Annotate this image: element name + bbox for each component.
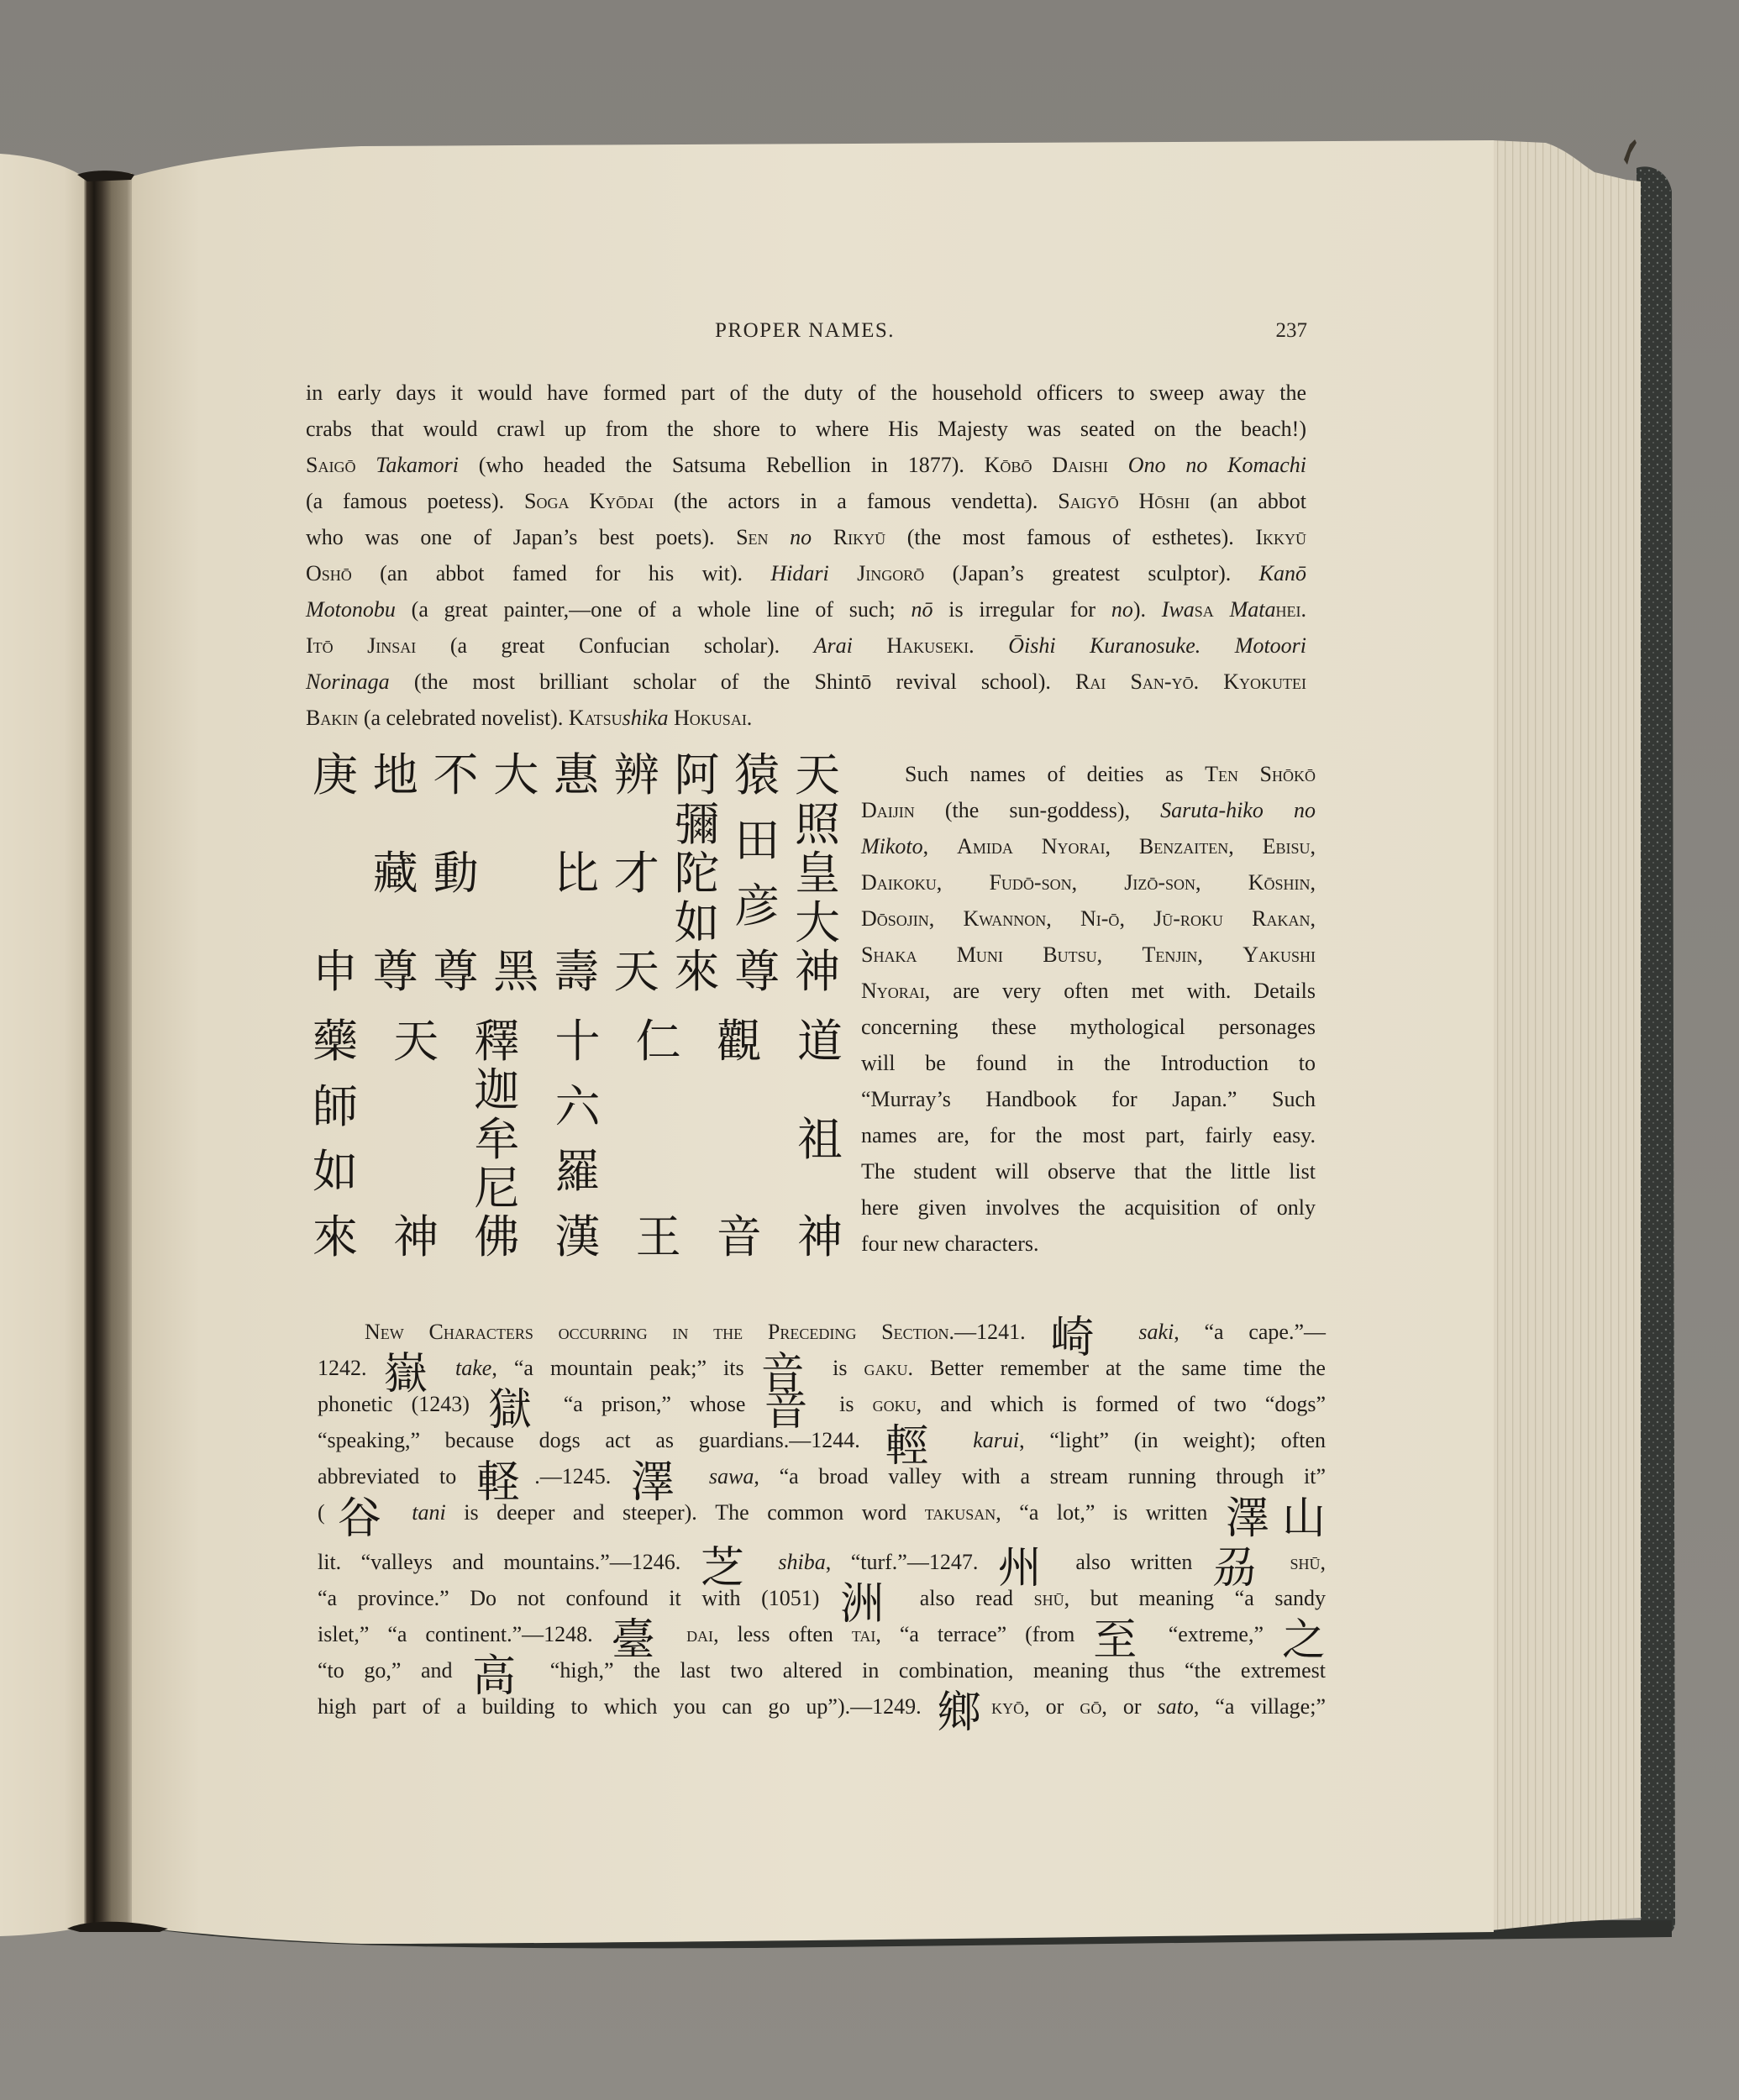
kanji-column: 猿田彦尊 (733, 752, 780, 995)
small-caps-text: Sen (736, 525, 768, 549)
text-run (394, 1500, 412, 1525)
kanji-char: 藥 (312, 1018, 359, 1065)
text-run: four new characters. (861, 1231, 1039, 1256)
kanji-column: 大黑 (492, 752, 539, 995)
kanji-char: 大 (794, 900, 841, 947)
deities-paragraph: Such names of deities as Ten ShōkōDaijin… (861, 756, 1316, 1262)
small-caps-text: sa (1195, 597, 1214, 622)
text-run: is deeper and steeper). The common word (446, 1500, 925, 1525)
small-caps-text: Soga Kyōdai (524, 489, 654, 513)
small-caps-text: kyō (991, 1694, 1024, 1719)
text-run: who was one of Japan’s best poets). (306, 525, 736, 549)
italic-text: take (455, 1356, 491, 1380)
text-run (1200, 633, 1235, 658)
small-caps-text: Dōsojin (861, 906, 929, 931)
text-run: “a prison,” whose (545, 1392, 764, 1416)
text-run: concerning these mythological personages (861, 1015, 1316, 1039)
kanji-char: 仁 (635, 1018, 682, 1065)
text-run: , or (1024, 1694, 1080, 1719)
page-number: 237 (1252, 316, 1307, 346)
text-run: , “turf.”—1247. (826, 1550, 998, 1574)
italic-text: Mata (1230, 597, 1276, 622)
text-run: (the most brilliant scholar of the Shint… (390, 669, 1075, 694)
text-run: , (923, 834, 957, 858)
small-caps-text: Saigyō Hōshi (1058, 489, 1190, 513)
text-run (812, 525, 833, 549)
kanji-char: 迦 (473, 1067, 520, 1114)
text-run: , “a lot,” is written (996, 1500, 1226, 1525)
kanji-char: 祖 (796, 1116, 843, 1163)
text-line: “to go,” and 高 “high,” the last two alte… (318, 1652, 1326, 1688)
text-run: (the most famous of esthetes). (885, 525, 1255, 549)
italic-text: Motoori (1235, 633, 1306, 658)
text-run: (an abbot (1190, 489, 1306, 513)
small-caps-text: Benzaiten (1139, 834, 1228, 858)
kanji-column: 仁王 (635, 1018, 682, 1261)
text-run: ( (318, 1500, 325, 1525)
kanji-char: 王 (635, 1214, 682, 1261)
small-caps-text: Itō Jinsai (306, 633, 416, 658)
small-caps-text: Ikkyū (1255, 525, 1306, 549)
text-line: names are, for the most part, fairly eas… (861, 1117, 1316, 1153)
small-caps-text: dai (686, 1622, 713, 1646)
kanji-char: 地 (372, 752, 419, 799)
text-run: names are, for the most part, fairly eas… (861, 1123, 1316, 1147)
small-caps-text: Ten Shōkō (1205, 762, 1316, 786)
kanji-char: 佛 (473, 1214, 520, 1261)
text-line: islet,” “a continent.”—1248. 臺 dai, less… (318, 1616, 1326, 1652)
kanji-char: 陀 (674, 850, 721, 897)
text-run: “Murray’s Handbook for Japan.” Such (861, 1087, 1316, 1111)
kanji-char: 彦 (733, 883, 780, 930)
text-run: , and which is formed of two “dogs” (917, 1392, 1326, 1416)
text-run (1199, 669, 1223, 694)
italic-text: Kanō (1259, 561, 1306, 585)
text-run: (the actors in a famous vendetta). (654, 489, 1058, 513)
kanji-column: 天神 (392, 1018, 439, 1261)
text-run: , (929, 906, 964, 931)
text-run: also written (1056, 1550, 1212, 1574)
italic-text: Motonobu (306, 597, 396, 622)
new-characters-section: New Characters occurring in the Precedin… (318, 1314, 1326, 1725)
italic-text: Ōishi Kuranosuke. (1008, 633, 1200, 658)
text-run: , (1311, 834, 1316, 858)
kanji-char: 天 (613, 948, 660, 995)
text-run: “to go,” and (318, 1658, 472, 1683)
small-caps-text: Hakuseki. (886, 633, 974, 658)
italic-text: Iwa (1162, 597, 1195, 622)
text-run (829, 561, 857, 585)
text-line: concerning these mythological personages (861, 1009, 1316, 1045)
kanji-glyph: 谷 (325, 1494, 394, 1544)
text-line: Daikoku, Fudō-son, Jizō-son, Kōshin, (861, 864, 1316, 900)
kanji-column: 觀音 (716, 1018, 763, 1261)
text-run: is (821, 1392, 873, 1416)
kanji-char: 照 (794, 801, 841, 848)
scanned-book-spread: PROPER NAMES. 237 in early days it would… (0, 0, 1739, 2100)
kanji-char: 音 (716, 1214, 763, 1261)
text-run: , (1311, 870, 1316, 895)
italic-text: saki (1138, 1320, 1174, 1344)
text-run: phonetic (1243) (318, 1392, 488, 1416)
text-run: , but meaning “a sandy (1064, 1586, 1326, 1610)
kanji-char: 尊 (433, 948, 480, 995)
small-caps-text: Jizō-son (1124, 870, 1195, 895)
small-caps-text: shū (1290, 1550, 1320, 1574)
text-line: Motonobu (a great painter,—one of a whol… (306, 591, 1306, 627)
italic-text: shiba (778, 1550, 825, 1574)
text-run: islet,” “a continent.”—1248. (318, 1622, 612, 1646)
kanji-char: 如 (312, 1148, 359, 1195)
italic-text: Norinaga (306, 669, 390, 694)
text-run: , (1072, 870, 1125, 895)
text-run (689, 1464, 709, 1488)
text-line: Such names of deities as Ten Shōkō (861, 756, 1316, 792)
text-run: (who headed the Satsuma Rebellion in 187… (459, 453, 985, 477)
italic-text: Saruta-hiko no (1160, 798, 1316, 822)
text-run: , (1046, 906, 1080, 931)
kanji-char: 來 (312, 1214, 359, 1261)
kanji-char: 天 (794, 752, 841, 799)
italic-text: no (790, 525, 812, 549)
text-run: (a great Confucian scholar). (416, 633, 813, 658)
text-run: , “a terrace” (from (875, 1622, 1093, 1646)
small-caps-text: Jingorō (857, 561, 924, 585)
small-caps-text: takusan (925, 1500, 996, 1525)
text-run: .—1245. (534, 1464, 631, 1488)
text-run (948, 1428, 974, 1452)
italic-text: karui (973, 1428, 1019, 1452)
italic-text: Hidari (770, 561, 828, 585)
small-caps-text: Ebisu (1263, 834, 1311, 858)
text-line: Saigō Takamori (who headed the Satsuma R… (306, 447, 1306, 483)
kanji-char: 不 (433, 752, 480, 799)
text-run: . Better remember at the same time the (908, 1356, 1326, 1380)
kanji-glyph: 澤山 (1226, 1494, 1326, 1544)
kanji-char: 比 (553, 850, 600, 897)
text-run: , (1195, 870, 1248, 895)
text-run: crabs that would crawl up from the shore… (306, 417, 1306, 441)
text-run (1214, 597, 1230, 622)
kanji-column: 地藏尊 (372, 752, 419, 995)
kanji-char: 羅 (554, 1148, 601, 1195)
text-line: here given involves the acquisition of o… (861, 1189, 1316, 1226)
text-line: 1242. 嶽 take, “a mountain peak;” its 音 i… (318, 1350, 1326, 1386)
text-line: phonetic (1243) 獄 “a prison,” whose 音 is… (318, 1386, 1326, 1422)
text-run: , (1119, 906, 1153, 931)
text-run: “speaking,” because dogs act as guardian… (318, 1428, 885, 1452)
text-run (1114, 1320, 1139, 1344)
small-caps-text: Fudō-son (989, 870, 1071, 895)
text-line: “speaking,” because dogs act as guardian… (318, 1422, 1326, 1458)
italic-text: sawa (709, 1464, 754, 1488)
kanji-char: 才 (613, 850, 660, 897)
running-head: PROPER NAMES. (694, 316, 916, 346)
text-line: will be found in the Introduction to (861, 1045, 1316, 1081)
text-run: Such names of deities as (905, 762, 1205, 786)
kanji-char: 申 (312, 948, 359, 995)
small-caps-text: New Characters occurring in the Precedin… (365, 1320, 954, 1344)
text-line: Daijin (the sun-goddess), Saruta-hiko no (861, 792, 1316, 828)
kanji-char: 牟 (473, 1116, 520, 1163)
small-caps-text: Nyorai (861, 979, 925, 1003)
text-run: —1241. (954, 1320, 1050, 1344)
kanji-char: 辨 (613, 752, 660, 799)
kanji-char: 尼 (473, 1165, 520, 1212)
text-line: Itō Jinsai (a great Confucian scholar). … (306, 627, 1306, 664)
text-run (853, 633, 887, 658)
text-run (439, 1356, 455, 1380)
kanji-char: 彌 (674, 801, 721, 848)
text-run (1270, 1550, 1290, 1574)
kanji-column: 惠比壽 (553, 752, 600, 995)
kanji-char: 庚 (312, 752, 359, 799)
kanji-char: 道 (796, 1018, 843, 1065)
text-line: New Characters occurring in the Precedin… (318, 1314, 1326, 1350)
text-run: , “a broad valley with a stream running … (754, 1464, 1326, 1488)
small-caps-text: hei. (1275, 597, 1306, 622)
text-line: high part of a building to which you can… (318, 1688, 1326, 1725)
kanji-char: 田 (733, 817, 780, 864)
small-caps-text: Daijin (861, 798, 915, 822)
text-line: Oshō (an abbot famed for his wit). Hidar… (306, 555, 1306, 591)
text-run: , less often (713, 1622, 852, 1646)
text-run: “extreme,” (1150, 1622, 1282, 1646)
kanji-char: 大 (492, 752, 539, 799)
text-line: abbreviated to 軽.—1245. 澤 sawa, “a broad… (318, 1458, 1326, 1494)
text-run (1108, 453, 1128, 477)
text-line: who was one of Japan’s best poets). Sen … (306, 519, 1306, 555)
small-caps-text: Ni-ō (1080, 906, 1119, 931)
small-caps-text: Rai San-yō. (1075, 669, 1199, 694)
text-run (769, 525, 791, 549)
small-caps-text: Amida Nyorai (957, 834, 1105, 858)
small-caps-text: Kyokutei (1223, 669, 1306, 694)
text-run: “a province.” Do not confound it with (1… (318, 1586, 840, 1610)
text-run: is irregular for (933, 597, 1111, 622)
text-run: , (1097, 942, 1143, 967)
kanji-char: 六 (554, 1084, 601, 1131)
text-run: The student will observe that the little… (861, 1159, 1316, 1184)
text-run: , (1311, 906, 1316, 931)
small-caps-text: Hokusai. (674, 706, 752, 730)
text-run: will be found in the Introduction to (861, 1051, 1316, 1075)
text-run: , (1105, 834, 1138, 858)
kanji-char: 惠 (553, 752, 600, 799)
small-caps-text: Yakushi (1243, 942, 1316, 967)
text-line: “Murray’s Handbook for Japan.” Such (861, 1081, 1316, 1117)
italic-text: shika (623, 706, 669, 730)
italic-text: Ono no Komachi (1128, 453, 1306, 477)
kanji-column: 不動尊 (433, 752, 480, 995)
small-caps-text: Daikoku (861, 870, 937, 895)
kanji-char: 如 (674, 900, 721, 947)
small-caps-text: Rikyū (833, 525, 885, 549)
kanji-char: 十 (554, 1018, 601, 1065)
text-run: (a great painter,—one of a whole line of… (396, 597, 912, 622)
kanji-column: 藥師如來 (312, 1018, 359, 1261)
kanji-column: 辨才天 (613, 752, 660, 995)
text-line: (谷 tani is deeper and steeper). The comm… (318, 1494, 1326, 1544)
kanji-char: 神 (794, 948, 841, 995)
small-caps-text: Kwannon (964, 906, 1047, 931)
intro-paragraph: in early days it would have formed part … (306, 375, 1306, 736)
kanji-char: 觀 (716, 1018, 763, 1065)
kanji-column: 庚申 (312, 752, 359, 995)
kanji-char: 神 (796, 1214, 843, 1261)
text-run: lit. “valleys and mountains.”—1246. (318, 1550, 701, 1574)
italic-text: Mikoto (861, 834, 923, 858)
kanji-column: 釋迦牟尼佛 (473, 1018, 520, 1261)
text-line: “a province.” Do not confound it with (1… (318, 1580, 1326, 1616)
text-run: high part of a building to which you can… (318, 1694, 938, 1719)
text-run: is (816, 1356, 864, 1380)
text-line: Nyorai, are very often met with. Details (861, 973, 1316, 1009)
small-caps-text: Tenjin (1142, 942, 1197, 967)
kanji-char: 釋 (473, 1018, 520, 1065)
text-run: , “light” (in weight); often (1019, 1428, 1326, 1452)
kanji-char: 尊 (372, 948, 419, 995)
text-line: in early days it would have formed part … (306, 375, 1306, 411)
text-line: Norinaga (the most brilliant scholar of … (306, 664, 1306, 700)
kanji-column: 阿彌陀如來 (674, 752, 721, 995)
text-run: here given involves the acquisition of o… (861, 1195, 1316, 1220)
text-run: ). (1133, 597, 1162, 622)
text-line: (a famous poetess). Soga Kyōdai (the act… (306, 483, 1306, 519)
text-line: Bakin (a celebrated novelist). Katsushik… (306, 700, 1306, 736)
text-run: , (1228, 834, 1262, 858)
text-run: , “a mountain peak;” its (491, 1356, 760, 1380)
kanji-char: 師 (312, 1084, 359, 1131)
kanji-char: 皇 (794, 850, 841, 897)
small-caps-text: gō (1080, 1694, 1101, 1719)
text-line: lit. “valleys and mountains.”—1246. 芝 sh… (318, 1544, 1326, 1580)
kanji-char: 壽 (553, 948, 600, 995)
kanji-column: 道祖神 (796, 1018, 843, 1261)
text-run: in early days it would have formed part … (306, 381, 1306, 405)
kanji-column: 十六羅漢 (554, 1018, 601, 1261)
italic-text: tani (412, 1500, 445, 1525)
italic-text: sato (1158, 1694, 1194, 1719)
text-line: crabs that would crawl up from the shore… (306, 411, 1306, 447)
small-caps-text: Katsu (569, 706, 623, 730)
text-run: (an abbot famed for his wit). (352, 561, 771, 585)
kanji-char: 動 (433, 850, 480, 897)
text-run: also read (899, 1586, 1033, 1610)
italic-text: Takamori (376, 453, 459, 477)
text-run: “high,” the last two altered in combinat… (530, 1658, 1326, 1683)
kanji-char: 黑 (492, 948, 539, 995)
kanji-char: 神 (392, 1214, 439, 1261)
small-caps-text: shū (1034, 1586, 1064, 1610)
text-run: (a famous poetess). (306, 489, 524, 513)
small-caps-text: Bakin (306, 706, 358, 730)
text-run (355, 453, 376, 477)
small-caps-text: goku (873, 1392, 917, 1416)
deity-kanji-table-lower: 道祖神觀音仁王十六羅漢釋迦牟尼佛天神藥師如來 (312, 1018, 843, 1261)
kanji-glyph: 鄉 (938, 1688, 992, 1738)
text-line: The student will observe that the little… (861, 1153, 1316, 1189)
kanji-char: 尊 (733, 948, 780, 995)
small-caps-text: Shaka Muni Butsu (861, 942, 1097, 967)
text-line: Mikoto, Amida Nyorai, Benzaiten, Ebisu, (861, 828, 1316, 864)
italic-text: no (1111, 597, 1133, 622)
kanji-column: 天照皇大神 (794, 752, 841, 995)
small-caps-text: Kōshin (1248, 870, 1311, 895)
text-run: (the sun-goddess), (915, 798, 1160, 822)
deity-kanji-table-upper: 天照皇大神猿田彦尊阿彌陀如來辨才天惠比壽大黑不動尊地藏尊庚申 (312, 752, 841, 995)
text-line: four new characters. (861, 1226, 1316, 1262)
text-run: (Japan’s greatest sculptor). (924, 561, 1258, 585)
kanji-char: 來 (674, 948, 721, 995)
kanji-char: 阿 (674, 752, 721, 799)
text-run (759, 1550, 779, 1574)
kanji-char: 藏 (372, 850, 419, 897)
text-run: , or (1101, 1694, 1157, 1719)
italic-text: Arai (814, 633, 853, 658)
kanji-char: 猿 (733, 752, 780, 799)
text-line: Dōsojin, Kwannon, Ni-ō, Jū-roku Rakan, (861, 900, 1316, 937)
text-run: (a celebrated novelist). (358, 706, 569, 730)
small-caps-text: tai (852, 1622, 876, 1646)
text-run: , (1197, 942, 1243, 967)
kanji-char: 漢 (554, 1214, 601, 1261)
small-caps-text: Kōbō Daishi (985, 453, 1108, 477)
text-run: , “a cape.”— (1174, 1320, 1326, 1344)
text-run: , are very often met with. Details (925, 979, 1316, 1003)
kanji-char: 天 (392, 1018, 439, 1065)
small-caps-text: Oshō (306, 561, 352, 585)
italic-text: nō (911, 597, 933, 622)
text-run: , “a village;” (1194, 1694, 1326, 1719)
text-run: abbreviated to (318, 1464, 476, 1488)
text-run (668, 1622, 686, 1646)
small-caps-text: gaku (864, 1356, 908, 1380)
small-caps-text: Saigō (306, 453, 355, 477)
text-run: , (937, 870, 990, 895)
text-run (975, 633, 1009, 658)
small-caps-text: Jū-roku Rakan (1153, 906, 1310, 931)
text-line: Shaka Muni Butsu, Tenjin, Yakushi (861, 937, 1316, 973)
text-run: 1242. (318, 1356, 384, 1380)
text-run: , (1321, 1550, 1327, 1574)
